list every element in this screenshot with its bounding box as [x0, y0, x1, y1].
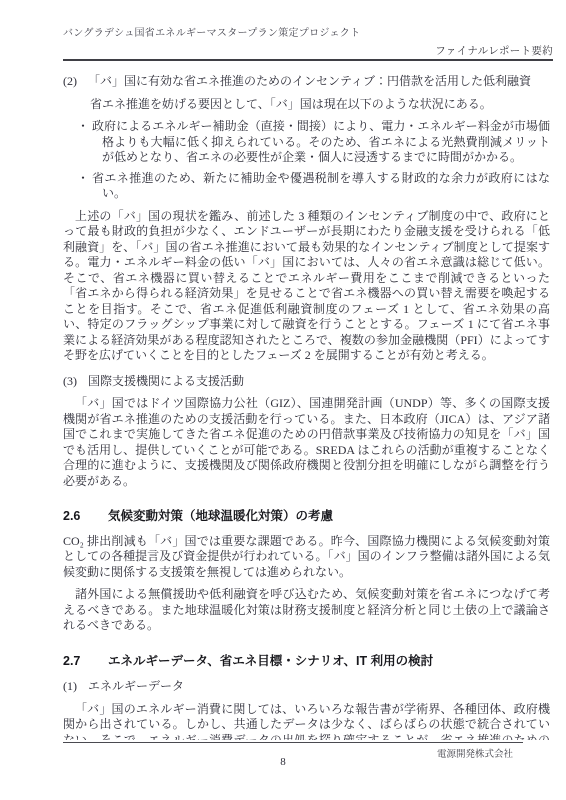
bullet-text: 省エネ推進のため、新たに補助金や優遇税制を導入する財政的な余力が政府にはない。 — [92, 171, 550, 202]
section-2-6-heading: 2.6 気候変動対策（地球温暖化対策）の考慮 — [63, 509, 550, 525]
header-project-title: バングラデシュ国省エネルギーマスタープラン策定プロジェクト — [63, 24, 553, 39]
header-report-label: ファイナルレポート要約 — [63, 43, 553, 58]
item-2-title: 「バ」国に有効な省エネ推進のためのインセンティブ：円借款を活用した低利融資 — [88, 74, 550, 90]
item-3-number: (3) — [63, 374, 88, 390]
bullet-dot-icon: ・ — [77, 171, 92, 202]
item-1-heading: (1) エネルギーデータ — [63, 679, 550, 695]
bullet-text: 政府によるエネルギー補助金（直接・間接）により、電力・エネルギー料金が市場価格よ… — [92, 119, 550, 166]
item-1-title: エネルギーデータ — [88, 679, 550, 695]
item-1-paragraph: 「バ」国のエネルギー消費に関しては、いろいろな報告書が学術界、各種団体、政府機関… — [63, 702, 550, 741]
item-1-number: (1) — [63, 679, 88, 695]
item-2-number: (2) — [63, 74, 88, 90]
section-2-6-paragraph-1: CO₂ 排出削減も「バ」国では重要な課題である。昨今、国際協力機関による気候変動… — [63, 534, 550, 581]
section-2-7-title: エネルギーデータ、省エネ目標・シナリオ、IT 利用の検討 — [108, 654, 550, 670]
bullet-item-subsidy: ・ 政府によるエネルギー補助金（直接・間接）により、電力・エネルギー料金が市場価… — [77, 119, 550, 166]
bullet-dot-icon: ・ — [77, 119, 92, 166]
document-body: (2) 「バ」国に有効な省エネ推進のためのインセンティブ：円借款を活用した低利融… — [63, 64, 550, 740]
item-2-heading: (2) 「バ」国に有効な省エネ推進のためのインセンティブ：円借款を活用した低利融… — [63, 74, 550, 90]
section-2-7-number: 2.7 — [63, 654, 108, 670]
item-2-intro-paragraph: 省エネ推進を妨げる要因として、「バ」国は現在以下のような状況にある。 — [90, 97, 550, 113]
bullet-item-fiscal: ・ 省エネ推進のため、新たに補助金や優遇税制を導入する財政的な余力が政府にはない… — [77, 171, 550, 202]
item-2-main-paragraph: 上述の「バ」国の現状を鑑み、前述した 3 種類のインセンティブ制度の中で、政府に… — [63, 209, 550, 364]
footer-divider — [63, 742, 523, 743]
page-header: バングラデシュ国省エネルギーマスタープラン策定プロジェクト ファイナルレポート要… — [63, 24, 553, 61]
item-3-paragraph: 「バ」国ではドイツ国際協力公社（GIZ）、国連開発計画（UNDP）等、多くの国際… — [63, 396, 550, 489]
page-number: 8 — [0, 756, 566, 768]
section-2-7-heading: 2.7 エネルギーデータ、省エネ目標・シナリオ、IT 利用の検討 — [63, 654, 550, 670]
item-3-heading: (3) 国際支援機関による支援活動 — [63, 374, 550, 390]
section-2-6-number: 2.6 — [63, 509, 108, 525]
section-2-6-paragraph-2: 諸外国による無償援助や低利融資を呼び込むため、気候変動対策を省エネにつなげて考え… — [63, 587, 550, 634]
item-3-title: 国際支援機関による支援活動 — [88, 374, 550, 390]
document-page: バングラデシュ国省エネルギーマスタープラン策定プロジェクト ファイナルレポート要… — [0, 0, 566, 800]
section-2-6-title: 気候変動対策（地球温暖化対策）の考慮 — [108, 509, 550, 525]
